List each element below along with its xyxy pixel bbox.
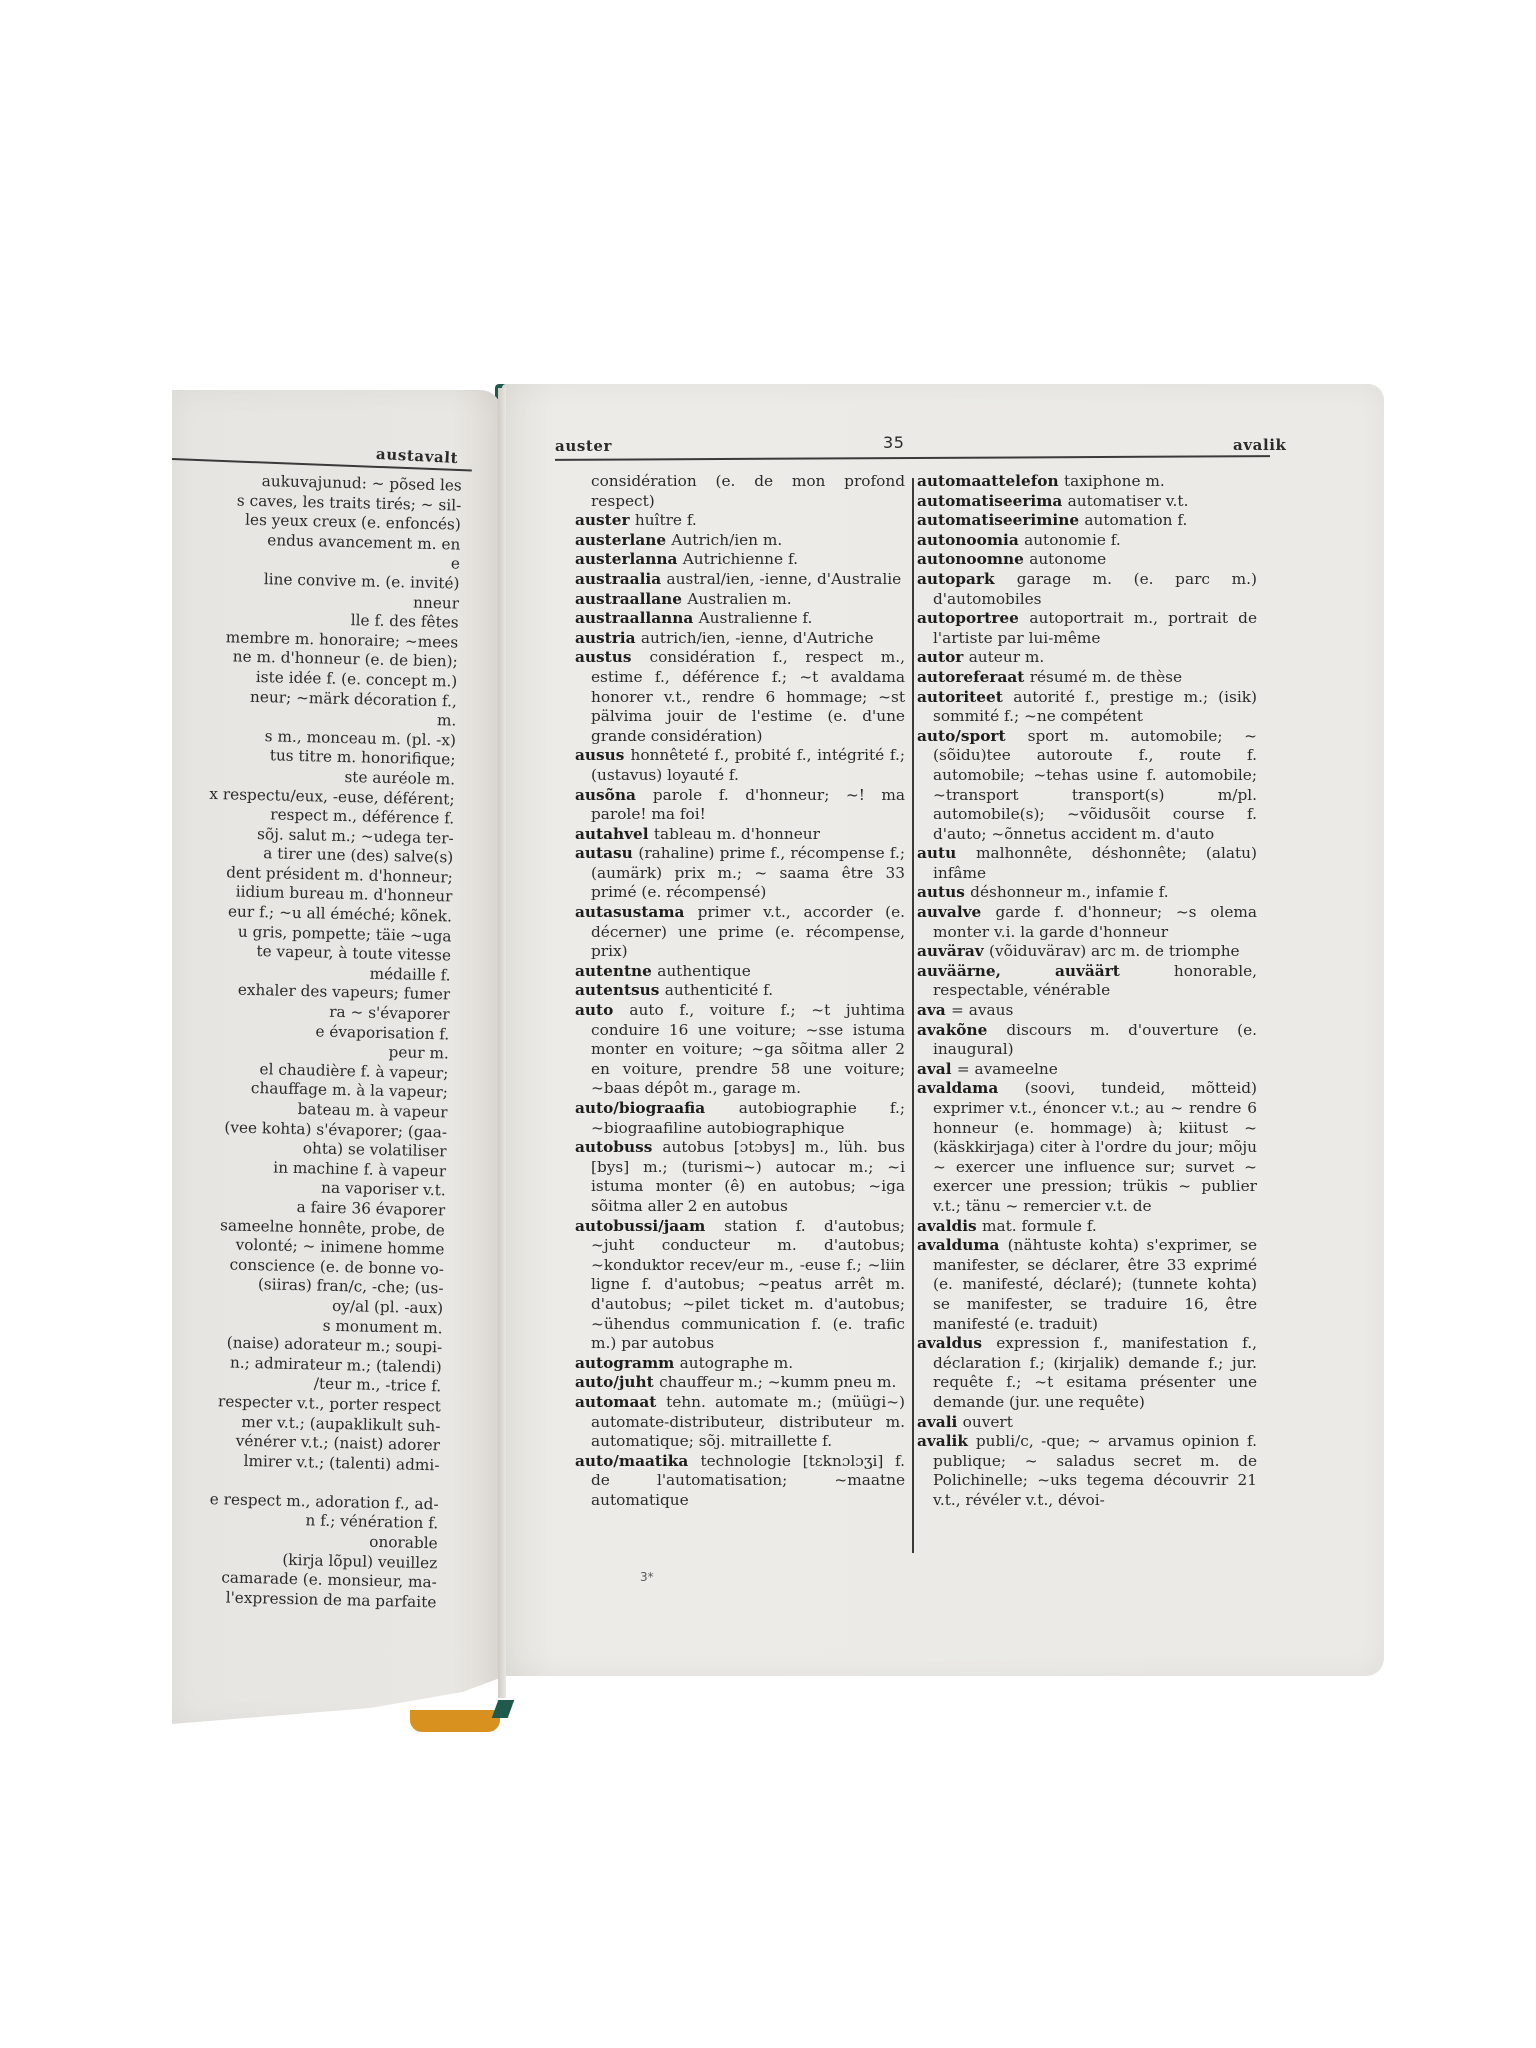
entry-definition: automatiser v.t.: [1068, 492, 1189, 510]
entry-definition: déshonneur m., infamie f.: [970, 883, 1168, 901]
entry-definition: auteur m.: [969, 648, 1045, 666]
dictionary-entry: autentsus authenticité f.: [575, 981, 905, 1001]
entry-headword: auvalve: [917, 903, 995, 921]
dictionary-entry: autahvel tableau m. d'honneur: [575, 825, 905, 845]
dictionary-entry: autu malhonnête, déshonnête; (alatu) inf…: [917, 844, 1257, 883]
entry-headword: autasu: [575, 844, 638, 862]
dictionary-entry: autogramm autographe m.: [575, 1354, 905, 1374]
entry-headword: autobuss: [575, 1138, 662, 1156]
entry-headword: autobussi/jaam: [575, 1217, 724, 1235]
entry-definition: = avameelne: [957, 1060, 1058, 1078]
entry-definition: autrich/ien, -ienne, d'Autriche: [641, 629, 874, 647]
entry-headword: automaat: [575, 1393, 666, 1411]
entry-headword: autoportree: [917, 609, 1029, 627]
dictionary-entry: austraalia austral/ien, -ienne, d'Austra…: [575, 570, 905, 590]
entry-headword: ausus: [575, 746, 630, 764]
dictionary-entry: austraallanna Australienne f.: [575, 609, 905, 629]
entry-definition: (võiduvärav) arc m. de triomphe: [989, 942, 1240, 960]
entry-definition: authenticité f.: [665, 981, 773, 999]
dictionary-entry: autasustama primer v.t., accorder (e. dé…: [575, 903, 905, 962]
entry-definition: ouvert: [963, 1413, 1013, 1431]
entry-definition: honnêteté f., probité f., intégrité f.; …: [591, 746, 905, 784]
dictionary-entry: auväärne, auväärt honorable, respectable…: [917, 962, 1257, 1001]
entry-headword: avali: [917, 1413, 963, 1431]
entry-headword: autu: [917, 844, 976, 862]
dictionary-entry: avaldama (soovi, tundeid, mõtteid) expri…: [917, 1079, 1257, 1216]
dictionary-entry: automaat tehn. automate m.; (müügi~) aut…: [575, 1393, 905, 1452]
entry-headword: austraalia: [575, 570, 666, 588]
dictionary-entry: ava = avaus: [917, 1001, 1257, 1021]
entry-headword: auto/biograafia: [575, 1099, 739, 1117]
entry-definition: automation f.: [1084, 511, 1187, 529]
entry-headword: auto/maatika: [575, 1452, 700, 1470]
dictionary-entry: considération (e. de mon profond respect…: [575, 472, 905, 511]
entry-headword: avaldama: [917, 1079, 1025, 1097]
dictionary-entry: avali ouvert: [917, 1413, 1257, 1433]
signature-mark: 3*: [640, 1570, 654, 1584]
dictionary-column-1: considération (e. de mon profond respect…: [575, 472, 905, 1510]
entry-definition: (rahaline) prime f., récompense f.; (aum…: [591, 844, 905, 901]
column-divider: [912, 478, 914, 1553]
book-spine-bottom: [492, 1700, 515, 1718]
entry-definition: chauffeur m.; ~kumm pneu m.: [659, 1373, 896, 1391]
dictionary-entry: autobuss autobus [ɔtɔbys] m., lüh. bus […: [575, 1138, 905, 1216]
entry-headword: autonoomne: [917, 550, 1029, 568]
dictionary-entry: autobussi/jaam station f. d'autobus; ~ju…: [575, 1217, 905, 1354]
entry-headword: automatiseerimine: [917, 511, 1084, 529]
dictionary-entry: automaattelefon taxiphone m.: [917, 472, 1257, 492]
entry-headword: autoriteet: [917, 688, 1013, 706]
dictionary-entry: ausõna parole f. d'honneur; ~! ma parole…: [575, 786, 905, 825]
entry-headword: austus: [575, 648, 650, 666]
dictionary-column-2: automaattelefon taxiphone m.automatiseer…: [917, 472, 1257, 1510]
entry-definition: Australien m.: [687, 590, 791, 608]
page-number: 35: [883, 433, 905, 452]
dictionary-entry: avaldis mat. formule f.: [917, 1217, 1257, 1237]
dictionary-entry: avalduma (nähtuste kohta) s'exprimer, se…: [917, 1236, 1257, 1334]
dictionary-entry: austerlanna Autrichienne f.: [575, 550, 905, 570]
entry-headword: auväärne, auväärt: [917, 962, 1174, 980]
entry-definition: publi/c, -que; ~ arvamus opinion f. publ…: [933, 1432, 1257, 1509]
entry-headword: avalduma: [917, 1236, 1008, 1254]
entry-headword: austerlane: [575, 531, 671, 549]
entry-headword: autentne: [575, 962, 657, 980]
book-gutter: [498, 388, 506, 1698]
entry-headword: austerlanna: [575, 550, 683, 568]
entry-definition: authentique: [657, 962, 751, 980]
open-book: austavalt aukuvajunud: ~ põsed less cave…: [0, 0, 1536, 2048]
entry-definition: mat. formule f.: [982, 1217, 1097, 1235]
dictionary-entry: autus déshonneur m., infamie f.: [917, 883, 1257, 903]
entry-headword: autonoomia: [917, 531, 1024, 549]
dictionary-entry: auster huître f.: [575, 511, 905, 531]
dictionary-entry: austria autrich/ien, -ienne, d'Autriche: [575, 629, 905, 649]
entry-headword: avalik: [917, 1432, 976, 1450]
dictionary-entry: autopark garage m. (e. parc m.) d'automo…: [917, 570, 1257, 609]
entry-headword: autus: [917, 883, 970, 901]
right-running-head-first: auster: [555, 437, 612, 455]
dictionary-entry: austraallane Australien m.: [575, 590, 905, 610]
dictionary-entry: avaldus expression f., manifestation f.,…: [917, 1334, 1257, 1412]
entry-headword: autor: [917, 648, 969, 666]
left-page-column: aukuvajunud: ~ põsed less caves, les tra…: [146, 470, 462, 1613]
dictionary-entry: austus considération f., respect m., est…: [575, 648, 905, 746]
right-running-head-last: avalik: [1233, 436, 1287, 454]
entry-definition: tableau m. d'honneur: [654, 825, 820, 843]
dictionary-entry: auvalve garde f. d'honneur; ~s olema mon…: [917, 903, 1257, 942]
entry-headword: auvärav: [917, 942, 989, 960]
entry-headword: auto/sport: [917, 727, 1028, 745]
dictionary-entry: autentne authentique: [575, 962, 905, 982]
dictionary-entry: autoportree autoportrait m., portrait de…: [917, 609, 1257, 648]
entry-headword: auto/juht: [575, 1373, 659, 1391]
entry-definition: station f. d'autobus; ~juht conducteur m…: [591, 1217, 905, 1353]
entry-headword: avaldus: [917, 1334, 996, 1352]
dictionary-entry: auto/sport sport m. automobile; ~(sõidu)…: [917, 727, 1257, 845]
dictionary-entry: avakõne discours m. d'ouverture (e. inau…: [917, 1021, 1257, 1060]
entry-definition: = avaus: [951, 1001, 1013, 1019]
entry-headword: autentsus: [575, 981, 665, 999]
entry-headword: autoreferaat: [917, 668, 1030, 686]
dictionary-entry: automatiseerimine automation f.: [917, 511, 1257, 531]
entry-definition: Australienne f.: [699, 609, 813, 627]
entry-headword: aval: [917, 1060, 957, 1078]
dictionary-entry: auto/maatika technologie [tɛknɔlɔʒi] f. …: [575, 1452, 905, 1511]
dictionary-entry: autonoomne autonome: [917, 550, 1257, 570]
dictionary-entry: auvärav (võiduvärav) arc m. de triomphe: [917, 942, 1257, 962]
dictionary-entry: auto auto f., voiture f.; ~t juhtima con…: [575, 1001, 905, 1099]
book-cover-edge-bottom: [410, 1710, 500, 1732]
entry-headword: austraallanna: [575, 609, 699, 627]
entry-definition: résumé m. de thèse: [1030, 668, 1182, 686]
entry-headword: ava: [917, 1001, 951, 1019]
entry-definition: autonomie f.: [1024, 531, 1121, 549]
dictionary-entry: autor auteur m.: [917, 648, 1257, 668]
entry-headword: avaldis: [917, 1217, 982, 1235]
entry-headword: autopark: [917, 570, 1017, 588]
entry-headword: auto: [575, 1001, 629, 1019]
entry-headword: autogramm: [575, 1354, 680, 1372]
entry-definition: (soovi, tundeid, mõtteid) exprimer v.t.,…: [933, 1079, 1257, 1215]
entry-headword: automaattelefon: [917, 472, 1064, 490]
dictionary-entry: autasu (rahaline) prime f., récompense f…: [575, 844, 905, 903]
entry-headword: autasustama: [575, 903, 698, 921]
dictionary-entry: aval = avameelne: [917, 1060, 1257, 1080]
entry-definition: austral/ien, -ienne, d'Australie: [666, 570, 901, 588]
entry-definition: Autrich/ien m.: [671, 531, 782, 549]
entry-continuation: considération (e. de mon profond respect…: [591, 472, 905, 510]
entry-definition: autonome: [1029, 550, 1106, 568]
entry-definition: taxiphone m.: [1064, 472, 1165, 490]
dictionary-entry: autoreferaat résumé m. de thèse: [917, 668, 1257, 688]
dictionary-entry: ausus honnêteté f., probité f., intégrit…: [575, 746, 905, 785]
entry-headword: autahvel: [575, 825, 654, 843]
entry-definition: malhonnête, déshonnête; (alatu) infâme: [933, 844, 1257, 882]
dictionary-entry: autonoomia autonomie f.: [917, 531, 1257, 551]
entry-headword: auster: [575, 511, 635, 529]
entry-headword: austria: [575, 629, 641, 647]
entry-headword: austraallane: [575, 590, 687, 608]
entry-headword: ausõna: [575, 786, 653, 804]
dictionary-entry: auto/juht chauffeur m.; ~kumm pneu m.: [575, 1373, 905, 1393]
entry-definition: huître f.: [635, 511, 697, 529]
entry-headword: avakõne: [917, 1021, 1006, 1039]
entry-definition: auto f., voiture f.; ~t juhtima conduire…: [591, 1001, 905, 1097]
entry-definition: autographe m.: [680, 1354, 793, 1372]
dictionary-entry: avalik publi/c, -que; ~ arvamus opinion …: [917, 1432, 1257, 1510]
dictionary-entry: automatiseerima automatiser v.t.: [917, 492, 1257, 512]
dictionary-entry: auto/biograafia autobiographie f.; ~biog…: [575, 1099, 905, 1138]
entry-headword: automatiseerima: [917, 492, 1068, 510]
entry-definition: Autrichienne f.: [683, 550, 798, 568]
dictionary-entry: autoriteet autorité f., prestige m.; (is…: [917, 688, 1257, 727]
dictionary-entry: austerlane Autrich/ien m.: [575, 531, 905, 551]
